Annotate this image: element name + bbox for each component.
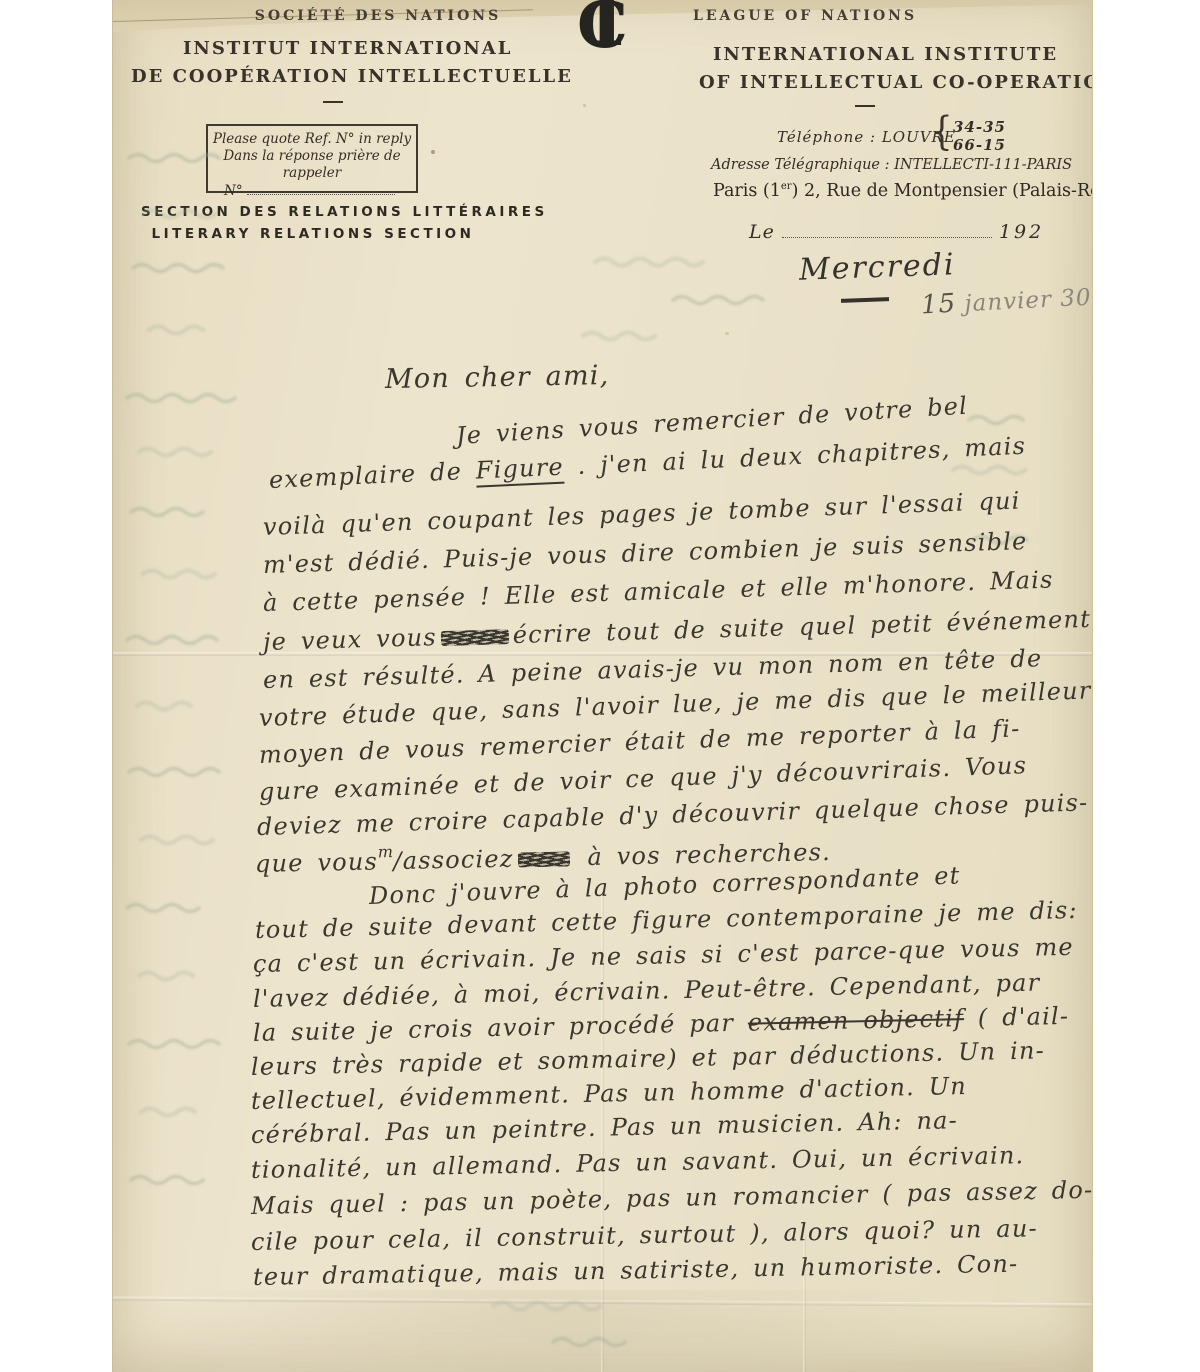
letter-paper: C I SOCIÉTÉ DES NATIONS INSTITUT INTERNA… xyxy=(112,0,1093,1372)
handwritten-line: teur dramatique, mais un satiriste, un h… xyxy=(253,1250,1019,1291)
phone-number-1: 34-35 xyxy=(953,118,1006,136)
date-year-print: 192 xyxy=(999,221,1044,243)
pencil-date-day: 15 xyxy=(920,289,957,321)
handwritten-day: Mercredi xyxy=(798,247,956,287)
reference-number-box: Please quote Ref. N° in reply Dans la ré… xyxy=(206,124,418,193)
refbox-line1: Please quote Ref. N° in reply xyxy=(208,131,416,148)
date-line: Le 192 xyxy=(749,221,1044,243)
date-dotted-line xyxy=(782,226,992,238)
refbox-number-line: N° xyxy=(208,183,416,200)
handwritten-day-underline xyxy=(841,297,889,302)
telegraphic-address: Adresse Télégraphique : INTELLECTI-111-P… xyxy=(711,157,1051,173)
struck-through-words: examen objectif xyxy=(748,1004,965,1037)
address-pre: Paris (1 xyxy=(713,181,781,201)
cooperation-intellectuelle-line: DE COOPÉRATION INTELLECTUELLE xyxy=(131,66,535,87)
street-address: Paris (1er) 2, Rue de Montpensier (Palai… xyxy=(713,181,1053,201)
phone-number-2: 66-15 xyxy=(953,136,1006,154)
refbox-no-label: N° xyxy=(224,183,243,199)
line-segment: ( d'ail- xyxy=(964,1002,1070,1032)
line-segment: écrire tout de suite quel petit événemen… xyxy=(512,605,1091,649)
address-post: ) 2, Rue de Montpensier (Palais-Royal) xyxy=(792,181,1093,201)
line-segment: /associez xyxy=(393,845,514,876)
institut-international-line: INSTITUT INTERNATIONAL xyxy=(183,38,483,59)
pencil-date-month: janvier 30 xyxy=(956,285,1093,318)
divider-dash xyxy=(323,101,343,103)
handwritten-line: tionalité, un allemand. Pas un savant. O… xyxy=(251,1141,1025,1184)
monogram-letter-i: I xyxy=(589,0,625,63)
paper-speck xyxy=(725,332,729,335)
intellectual-cooperation-line: OF INTELLECTUAL CO-OPERATION xyxy=(699,72,1027,93)
league-of-nations-heading: LEAGUE OF NATIONS xyxy=(693,8,903,24)
scribbled-out-word xyxy=(517,851,569,867)
scribbled-out-word xyxy=(441,629,509,646)
line-segment: exemplaire de xyxy=(268,457,476,494)
date-le-label: Le xyxy=(749,221,775,243)
scanned-letter: C I SOCIÉTÉ DES NATIONS INSTITUT INTERNA… xyxy=(0,0,1200,1372)
society-des-nations-heading: SOCIÉTÉ DES NATIONS xyxy=(243,8,513,24)
salutation: Mon cher ami, xyxy=(385,360,610,395)
divider-dash xyxy=(855,105,875,107)
line-segment: que vous xyxy=(255,847,379,878)
international-institute-line: INTERNATIONAL INSTITUTE xyxy=(713,44,1013,65)
refbox-dotted-line xyxy=(247,183,395,195)
line-segment: je veux vous xyxy=(263,623,438,656)
institute-monogram-icon: C I xyxy=(569,0,649,70)
telephone-label: Téléphone : LOUVRE xyxy=(777,128,956,146)
paper-speck xyxy=(583,104,586,107)
section-en-line: LITERARY RELATIONS SECTION xyxy=(141,226,485,242)
handwritten-line: cile pour cela, il construit, surtout ),… xyxy=(251,1214,1038,1256)
address-ordinal: er xyxy=(781,181,792,192)
handwritten-line: exemplaire de Figure . j'en ai lu deux c… xyxy=(268,432,1026,494)
bottom-wrinkle-shading xyxy=(113,1290,1092,1372)
handwritten-line: Mais quel : pas un poète, pas un romanci… xyxy=(251,1176,1093,1220)
section-fr-line: SECTION DES RELATIONS LITTÉRAIRES xyxy=(141,204,485,220)
underlined-word-figure: Figure xyxy=(475,453,564,488)
line-segment: la suite je crois avoir procédé par xyxy=(253,1009,748,1047)
phone-brace: { xyxy=(931,109,953,155)
pencil-date: 15 janvier 30 xyxy=(920,282,1092,321)
paper-speck xyxy=(431,150,435,154)
inserted-letter-m: m xyxy=(378,842,395,861)
refbox-line2: Dans la réponse prière de rappeler xyxy=(208,148,416,182)
